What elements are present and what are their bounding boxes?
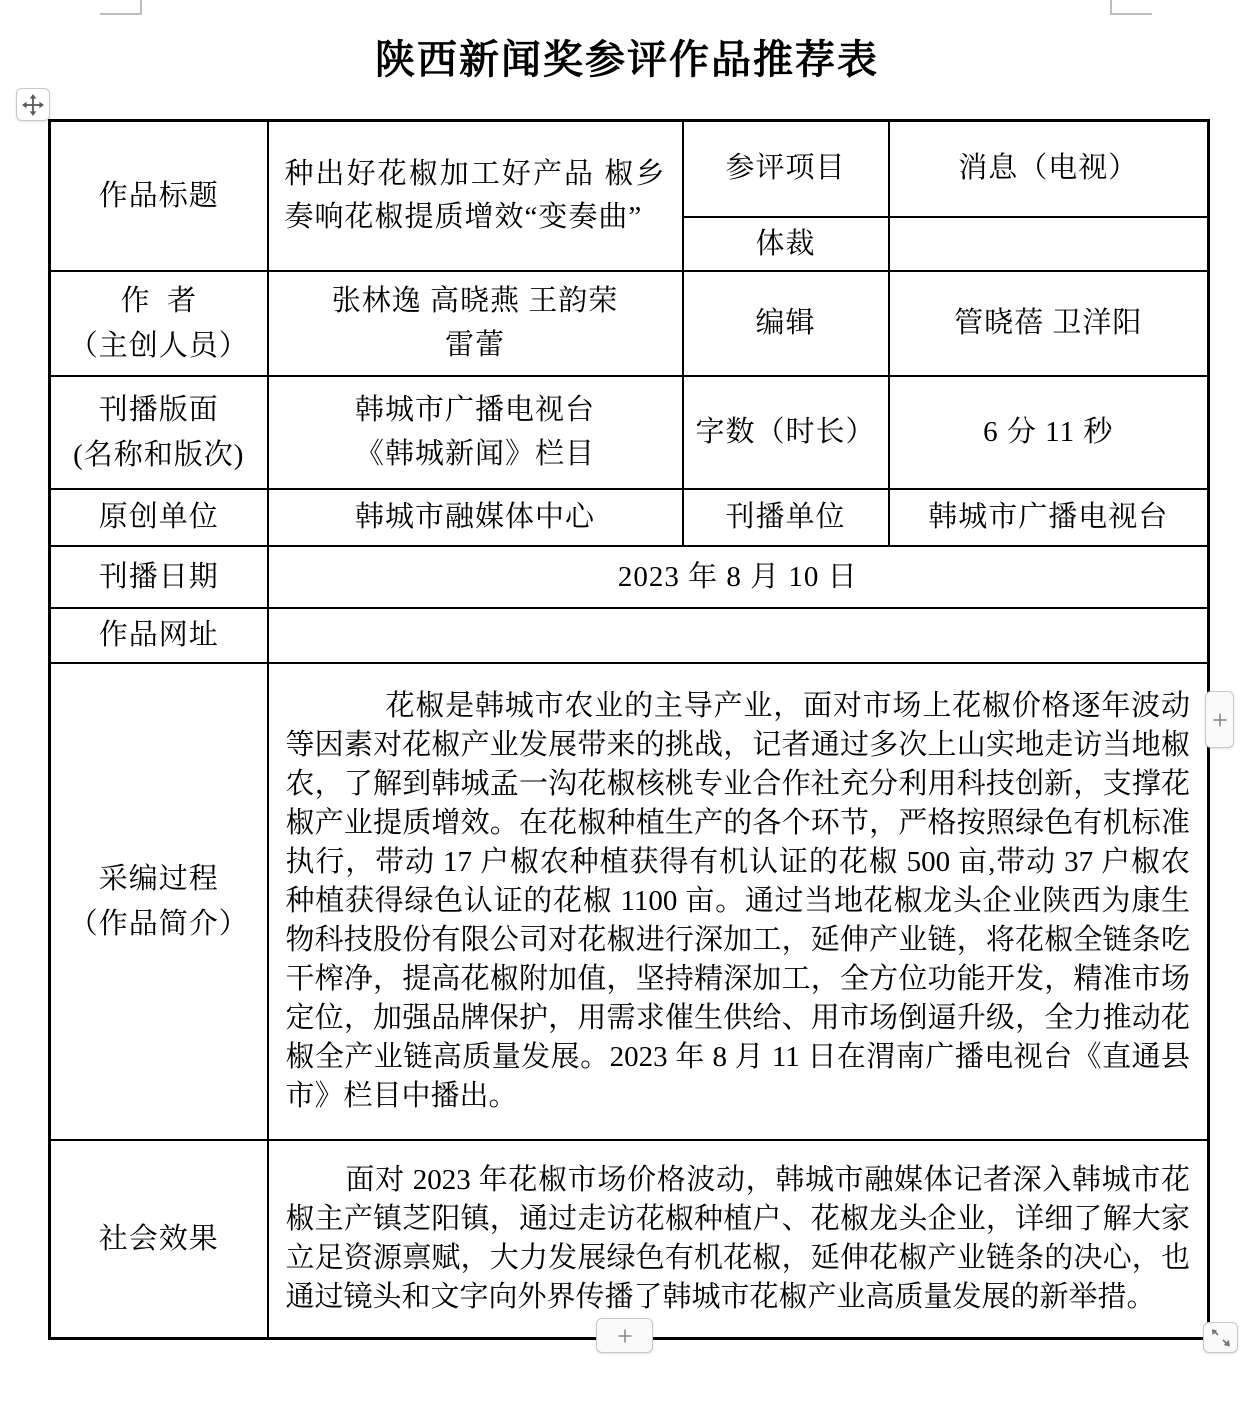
cell-editor-label[interactable]: 编辑 — [683, 271, 889, 376]
resize-diagonal-icon — [1210, 1328, 1232, 1348]
cell-editor-value[interactable]: 管晓蓓 卫洋阳 — [889, 271, 1209, 376]
cell-publish-layout-value[interactable]: 韩城市广播电视台 《韩城新闻》栏目 — [268, 376, 683, 489]
cell-duration-value[interactable]: 6 分 11 秒 — [889, 376, 1209, 489]
cell-social-effect-value[interactable]: 面对 2023 年花椒市场价格波动，韩城市融媒体记者深入韩城市花椒主产镇芝阳镇，… — [268, 1140, 1209, 1338]
cell-author-label[interactable]: 作 者 （主创人员） — [50, 271, 268, 376]
cell-publish-layout-label[interactable]: 刊播版面 (名称和版次) — [50, 376, 268, 489]
document-page: 陕西新闻奖参评作品推荐表 作品标题 种出好花椒加工好产品 椒乡奏响花椒提质增效“… — [0, 0, 1254, 1405]
cell-original-unit-value[interactable]: 韩城市融媒体中心 — [268, 489, 683, 546]
recommendation-table: 作品标题 种出好花椒加工好产品 椒乡奏响花椒提质增效“变奏曲” 参评项目 消息（… — [48, 119, 1210, 1340]
cell-original-unit-label[interactable]: 原创单位 — [50, 489, 268, 546]
cell-work-url-value[interactable] — [268, 608, 1209, 663]
cell-social-effect-label[interactable]: 社会效果 — [50, 1140, 268, 1338]
cell-editing-process-label[interactable]: 采编过程 （作品简介） — [50, 663, 268, 1140]
cell-publish-date-value[interactable]: 2023 年 8 月 10 日 — [268, 546, 1209, 608]
document-title[interactable]: 陕西新闻奖参评作品推荐表 — [0, 28, 1254, 85]
cell-genre-value[interactable] — [889, 217, 1209, 272]
cell-entry-category-value[interactable]: 消息（电视） — [889, 121, 1209, 217]
cell-publish-unit-value[interactable]: 韩城市广播电视台 — [889, 489, 1209, 546]
cell-work-title-label[interactable]: 作品标题 — [50, 121, 268, 272]
cell-genre-label[interactable]: 体裁 — [683, 217, 889, 272]
page-margin-mark-top-right — [1110, 0, 1152, 15]
cell-duration-label[interactable]: 字数（时长） — [683, 376, 889, 489]
cell-publish-date-label[interactable]: 刊播日期 — [50, 546, 268, 608]
plus-icon — [1212, 712, 1228, 728]
cell-author-value[interactable]: 张林逸 高晓燕 王韵荣 雷蕾 — [268, 271, 683, 376]
page-margin-mark-top-left — [100, 0, 142, 15]
table-move-handle[interactable] — [16, 88, 50, 121]
move-icon — [21, 93, 45, 117]
plus-icon — [617, 1328, 633, 1344]
cell-entry-category-label[interactable]: 参评项目 — [683, 121, 889, 217]
cell-publish-unit-label[interactable]: 刊播单位 — [683, 489, 889, 546]
cell-editing-process-value[interactable]: 花椒是韩城市农业的主导产业，面对市场上花椒价格逐年波动等因素对花椒产业发展带来的… — [268, 663, 1209, 1140]
table-resize-handle[interactable] — [1203, 1322, 1238, 1353]
add-row-button[interactable] — [596, 1318, 653, 1353]
add-column-button[interactable] — [1205, 691, 1234, 748]
cell-work-url-label[interactable]: 作品网址 — [50, 608, 268, 663]
cell-work-title-value[interactable]: 种出好花椒加工好产品 椒乡奏响花椒提质增效“变奏曲” — [268, 121, 683, 272]
